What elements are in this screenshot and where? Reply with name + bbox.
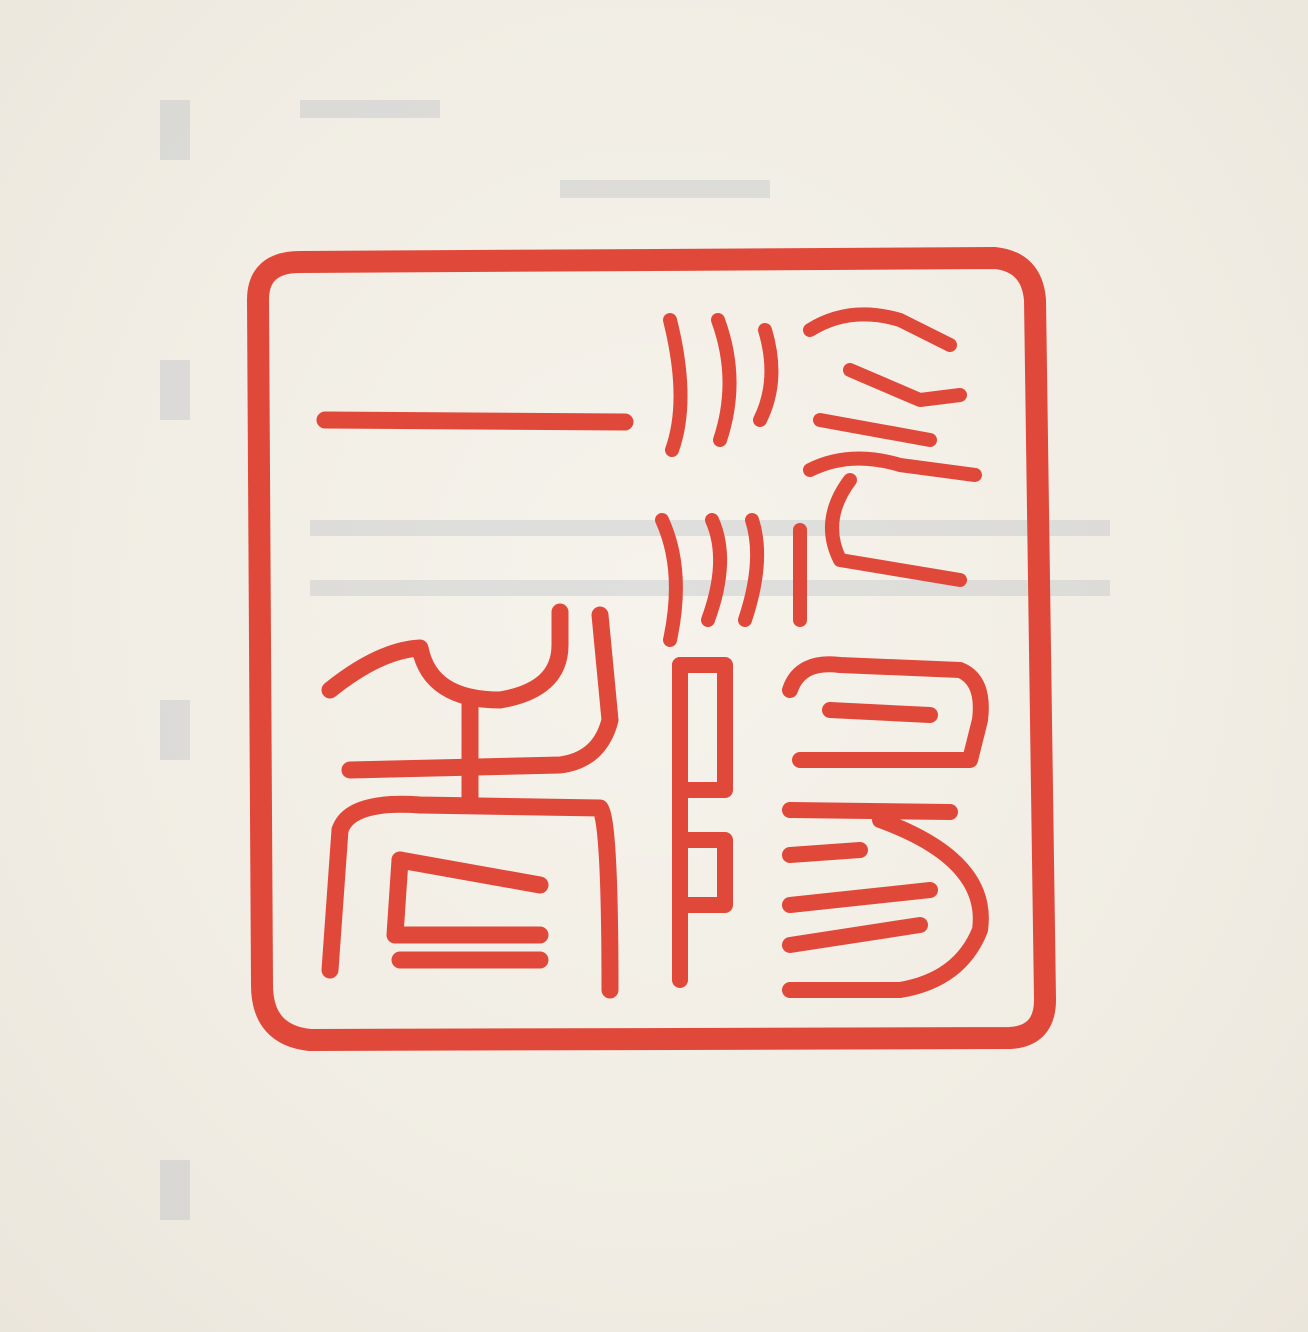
seal-char-4 bbox=[680, 664, 981, 990]
seal-char-1 bbox=[325, 420, 625, 422]
seal-impression bbox=[0, 0, 1308, 1332]
seal-char-2 bbox=[330, 612, 610, 990]
seal-char-3 bbox=[662, 314, 975, 640]
